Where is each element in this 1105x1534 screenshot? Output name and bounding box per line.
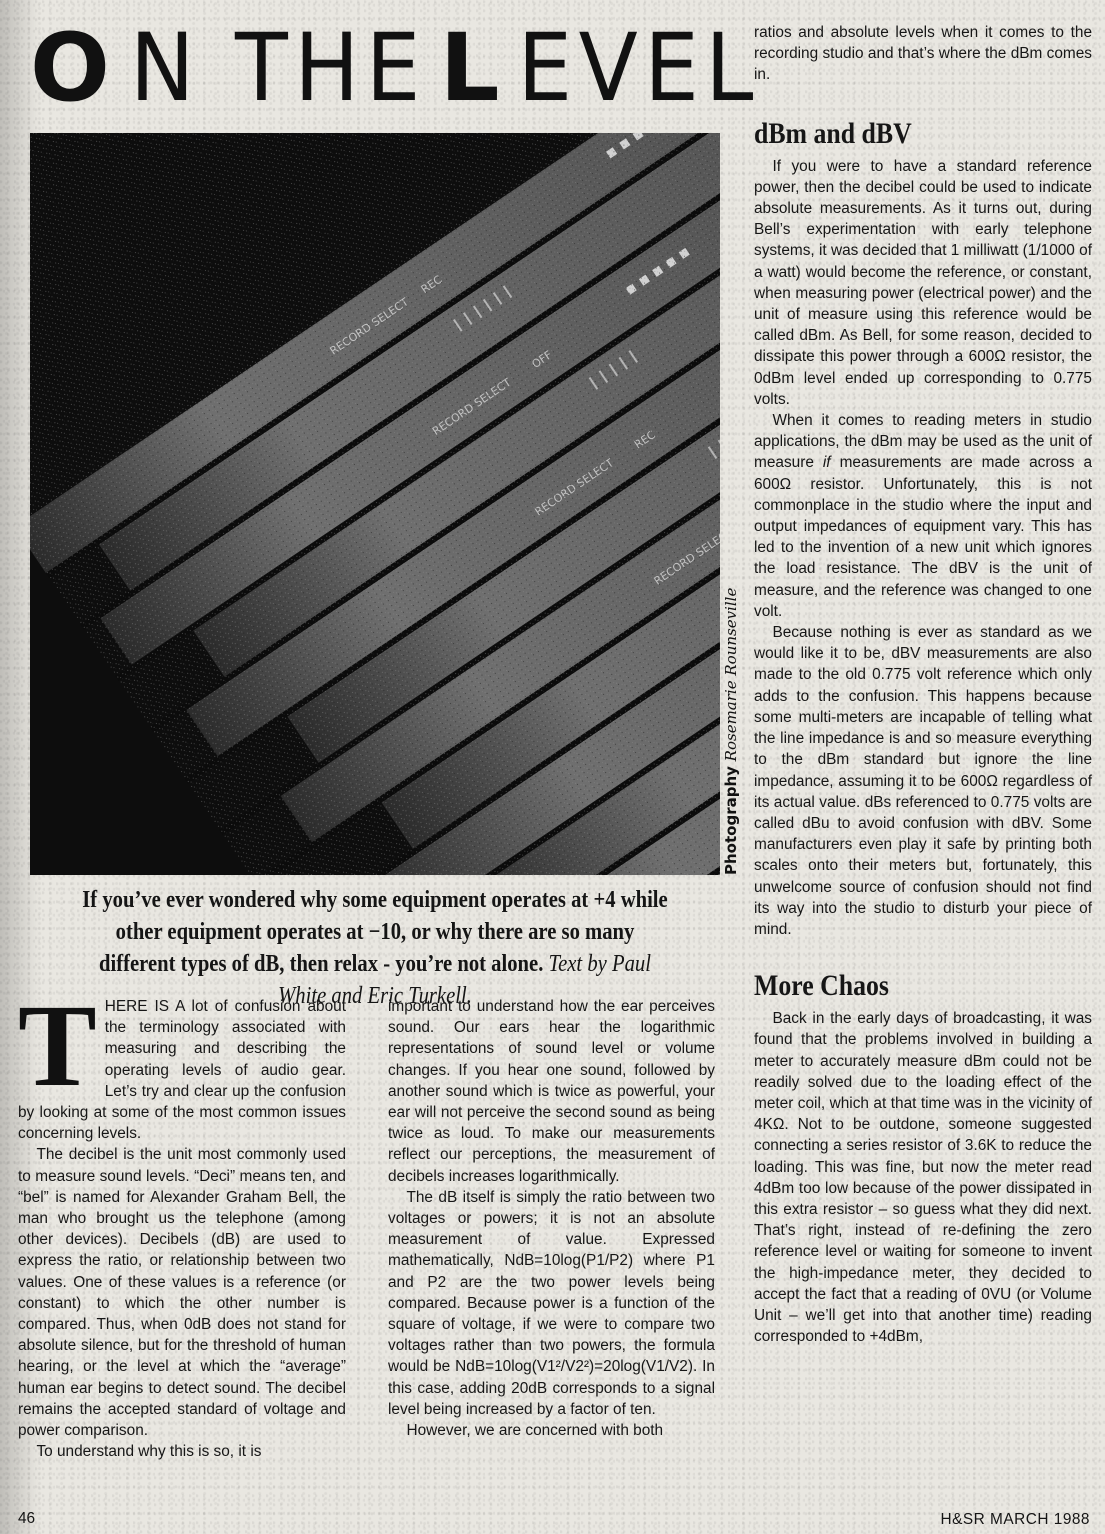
headline-text-n-the: N THE [130,14,427,124]
mixing-console-image: RECORD SELECT REC RECORD SELECT OFF RECO… [30,133,720,875]
issue-folio: H&SR MARCH 1988 [941,1511,1090,1529]
headline-text-evel: EVEL [517,14,759,124]
page-number: 46 [18,1510,35,1528]
subheading-dbm-and-dbv: dBm and dBV [754,116,1045,152]
paragraph: important to understand how the ear perc… [388,996,715,1187]
paragraph-text: measurements are made across a 600Ω resi… [754,454,1092,619]
emphasis-text: if [823,454,831,471]
drop-cap: T [18,1000,97,1092]
console-photo: RECORD SELECT REC RECORD SELECT OFF RECO… [30,133,720,875]
article-headline: ON THE LEVEL [30,14,730,124]
paragraph: If you were to have a standard reference… [754,156,1092,410]
photographer-name: Rosemarie Rounseville [722,588,740,762]
paragraph: Because nothing is ever as standard as w… [754,622,1092,940]
subheading-more-chaos: More Chaos [754,968,1045,1004]
headline-letter-l: L [440,14,507,123]
paragraph: The dB itself is simply the ratio betwee… [388,1187,715,1420]
paragraph: However, we are concerned with both [388,1420,715,1441]
paragraph: Back in the early days of broadcasting, … [754,1008,1092,1347]
photo-credit-label: Photography [722,766,740,875]
photo-credit: Photography Rosemarie Rounseville [722,588,740,875]
headline-letter-o: O [30,14,117,123]
standfirst: If you’ve ever wondered why some equipme… [78,884,671,1012]
paragraph: When it comes to reading meters in studi… [754,410,1092,622]
paragraph: The decibel is the unit most commonly us… [18,1144,346,1441]
paragraph: ratios and absolute levels when it comes… [754,22,1092,86]
paragraph: To understand why this is so, it is [18,1441,346,1462]
body-column-1: THERE IS A lot of confusion about the te… [18,996,346,1462]
body-column-3: ratios and absolute levels when it comes… [754,22,1092,1347]
intro-paragraph: THERE IS A lot of confusion about the te… [18,996,346,1144]
body-column-2: important to understand how the ear perc… [388,996,715,1441]
